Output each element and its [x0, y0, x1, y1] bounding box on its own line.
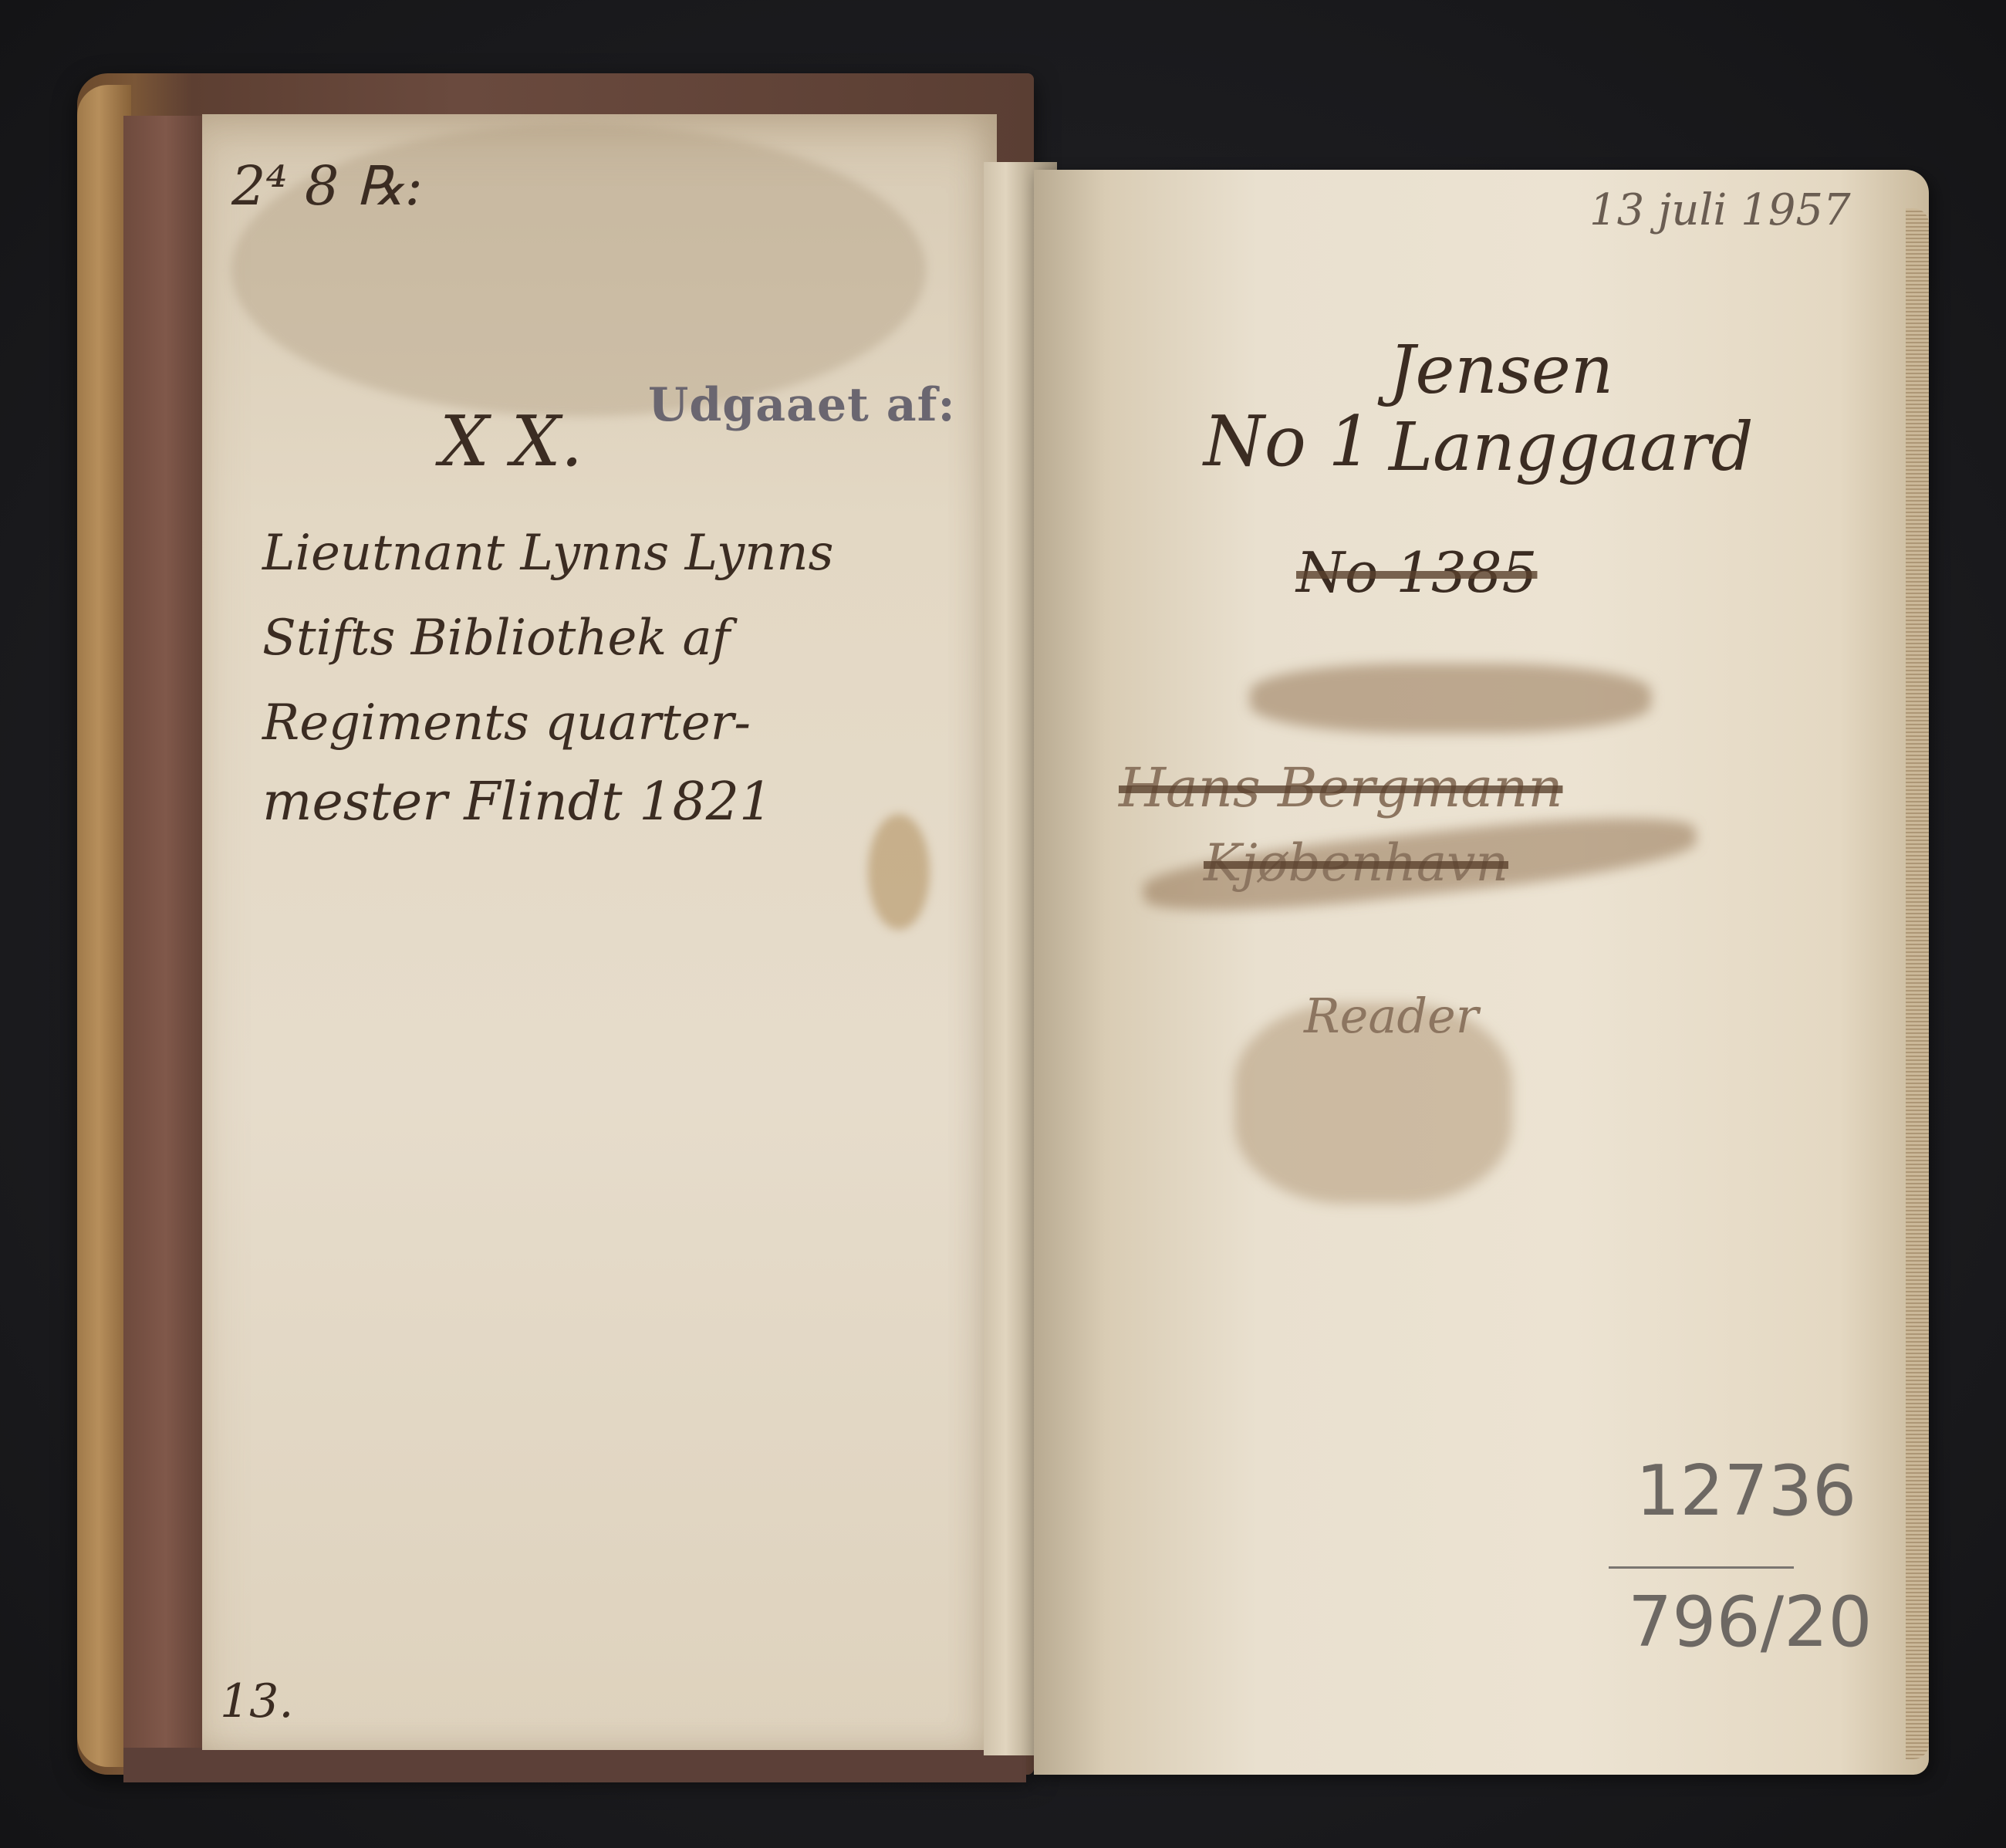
- inscription-line-1: Lieutnant Lynns Lynns: [262, 525, 833, 582]
- leather-turn-in: [123, 116, 208, 1752]
- paper-damage-stain: [868, 814, 930, 930]
- inscription-line-4: mester Flindt 1821: [262, 772, 772, 833]
- date-top-right: 13 juli 1957: [1589, 185, 1851, 235]
- pencil-number-top: 12736: [1636, 1451, 1856, 1532]
- pencil-fraction-rule: [1609, 1566, 1794, 1569]
- owner-name-line-2: Langgaard: [1389, 409, 1754, 486]
- inscription-line-3: Regiments quarter-: [262, 694, 751, 752]
- owner-number: No 1: [1204, 401, 1373, 482]
- page-fore-edge: [1906, 208, 1929, 1759]
- mark-xx: X X.: [440, 401, 583, 482]
- inscription-line-2: Stifts Bibliothek af: [262, 610, 730, 667]
- struck-name-line-2: Kjøbenhavn: [1204, 833, 1508, 893]
- bottom-left-mark: 13.: [220, 1674, 293, 1728]
- owner-name-line-1: Jensen: [1389, 332, 1613, 409]
- stamp-udgaaet-af: Udgaaet af:: [648, 378, 956, 432]
- struck-catalog-number: No 1385: [1296, 540, 1537, 605]
- pencil-number-bottom: 796/20: [1628, 1582, 1873, 1663]
- ink-smear: [1250, 664, 1651, 733]
- leather-bottom-band: [123, 1748, 1026, 1782]
- smudged-word: Reader: [1304, 988, 1478, 1044]
- struck-name-line-1: Hans Bergmann: [1119, 756, 1562, 819]
- shelfmark-top-left: 2⁴ 8 ℞:: [231, 154, 423, 218]
